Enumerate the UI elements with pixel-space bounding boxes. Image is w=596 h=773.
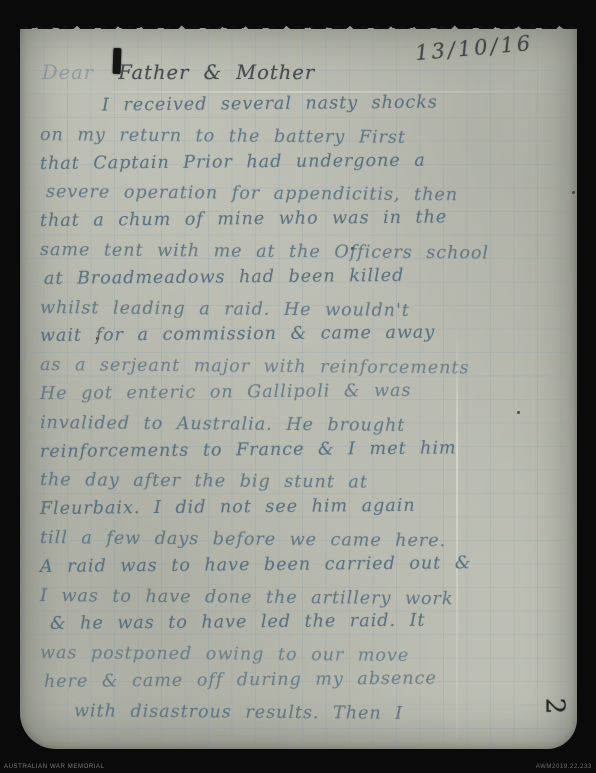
salutation-dear: Dear: [42, 61, 94, 84]
letter-body: I received several nasty shocks on my re…: [40, 92, 553, 726]
paper-speck: [572, 191, 575, 194]
handwritten-line: wait for a commission & came away: [40, 318, 553, 351]
page-number-2-sideways: 2: [540, 698, 570, 715]
handwritten-line: that a chum of mine who was in the: [40, 203, 553, 236]
awm-institution-watermark: AUSTRALIAN WAR MEMORIAL: [4, 764, 105, 770]
salutation-line: Dear Father & Mother: [42, 61, 315, 84]
handwritten-line: A raid was to have been carried out &: [40, 548, 553, 581]
handwritten-line: & he was to have led the raid. It: [40, 606, 553, 639]
handwritten-line: I received several nasty shocks: [40, 88, 553, 121]
letter-date: 13/10/16: [414, 31, 534, 65]
handwritten-line: reinforcements to France & I met him: [40, 433, 553, 466]
handwritten-line: that Captain Prior had undergone a: [40, 145, 553, 178]
handwritten-line: with disastrous results. Then I: [40, 697, 553, 730]
handwritten-line: here & came off during my absence: [40, 663, 553, 696]
salutation-names: Father & Mother: [118, 61, 315, 84]
letter-page: 13/10/16 Dear Father & Mother I received…: [20, 23, 577, 749]
awm-reference-watermark: AWM2019.22.233: [536, 764, 592, 770]
handwritten-line: He got enteric on Gallipoli & was: [40, 375, 553, 408]
handwritten-line: at Broadmeadows had been killed: [40, 260, 553, 293]
handwritten-line: Fleurbaix. I did not see him again: [40, 491, 553, 524]
scan-background: 13/10/16 Dear Father & Mother I received…: [0, 0, 596, 773]
torn-paper-edge: [19, 22, 578, 29]
